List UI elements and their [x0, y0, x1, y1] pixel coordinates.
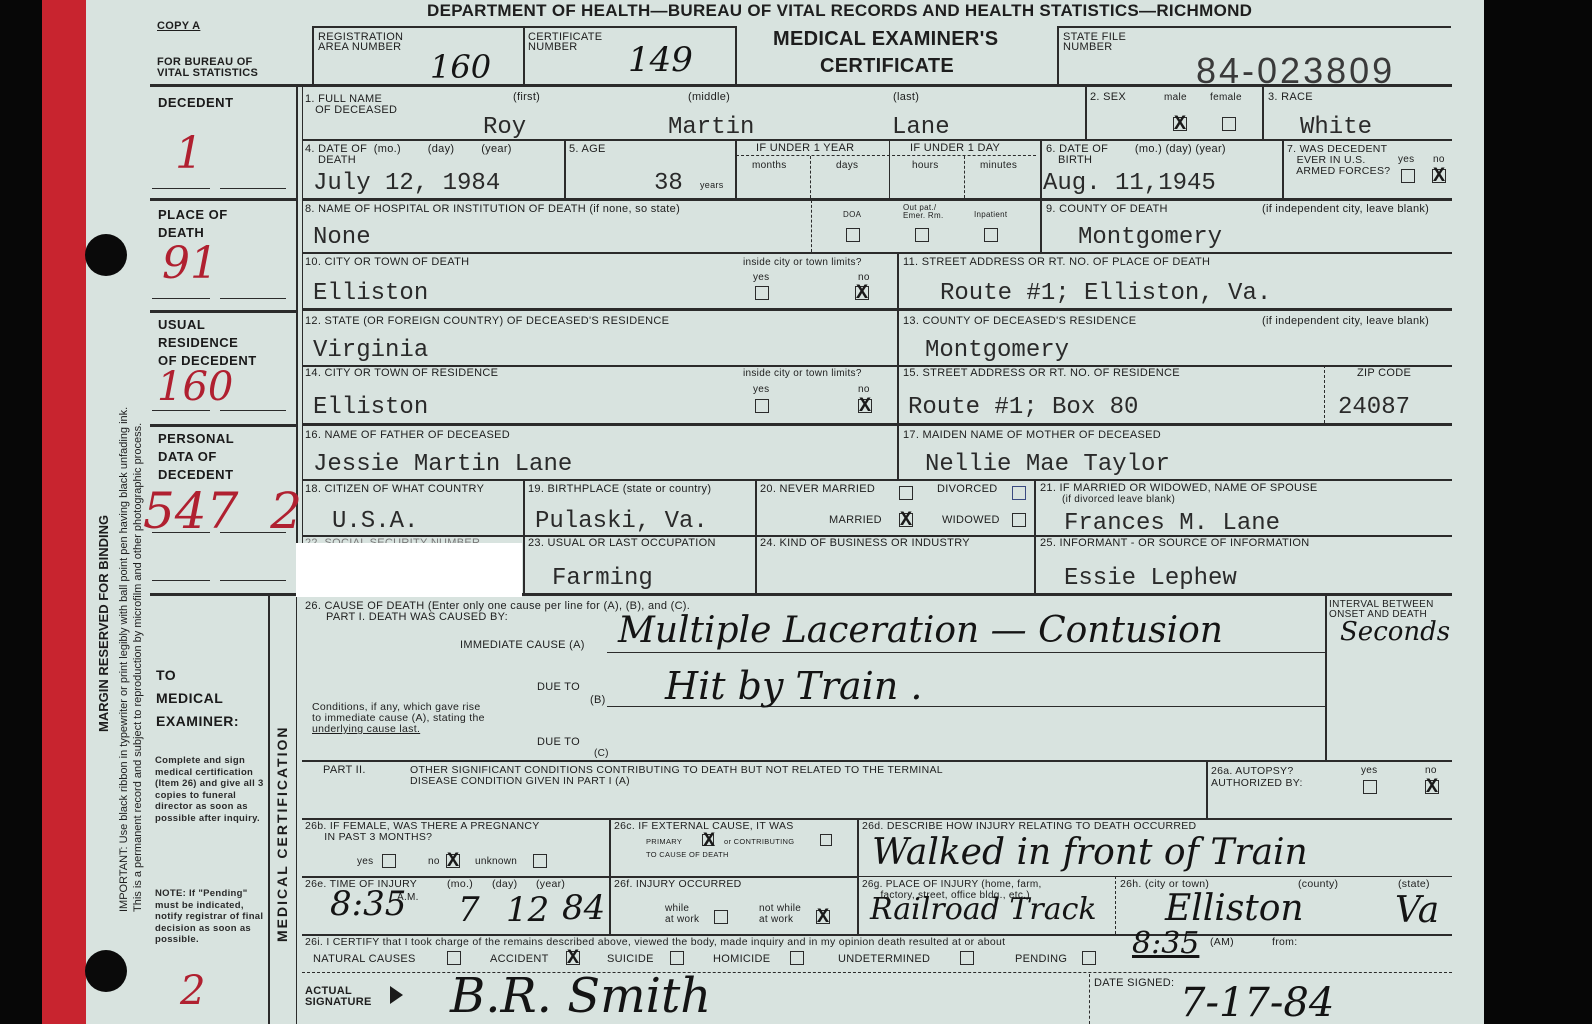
f26i-from-label: from:	[1272, 937, 1297, 948]
f14-no-checkbox[interactable]	[858, 399, 872, 413]
f26i-option-accident: ACCIDENT	[490, 954, 549, 965]
section-place-of-death: PLACE OF DEATH	[158, 206, 228, 242]
f26c-primary-label: PRIMARY	[646, 836, 682, 847]
f26-due-to-b-label: DUE TO	[537, 682, 580, 693]
f26-b-label: (B)	[590, 695, 606, 706]
divider	[857, 876, 1452, 877]
f26d-description-value[interactable]: Walked in front of Train	[872, 832, 1308, 873]
f26-part2-text: OTHER SIGNIFICANT CONDITIONS CONTRIBUTIN…	[410, 765, 943, 787]
f11-address-value[interactable]: Route #1; Elliston, Va.	[940, 280, 1271, 307]
divider	[220, 532, 286, 533]
f24-label: 24. KIND OF BUSINESS OR INDUSTRY	[760, 538, 970, 549]
f19-birthplace-value[interactable]: Pulaski, Va.	[535, 508, 708, 535]
divider	[609, 818, 611, 876]
f26i-option-undetermined: UNDETERMINED	[838, 954, 930, 965]
f26-immediate-cause-value[interactable]: Multiple Laceration — Contusion	[618, 610, 1223, 651]
section-personal-data: PERSONAL DATA OF DECEDENT	[158, 430, 234, 484]
divider	[1324, 365, 1325, 423]
ssn-redaction	[296, 543, 522, 597]
scan-background-right	[1484, 0, 1592, 1024]
f20-married-label: MARRIED	[829, 515, 882, 526]
f8-outpat-checkbox[interactable]	[915, 228, 929, 242]
f26b-no-checkbox[interactable]	[446, 854, 460, 868]
f26c-contributing-label: or CONTRIBUTING	[724, 836, 794, 847]
f26f-label: 26f. INJURY OCCURRED	[614, 879, 742, 890]
medical-examiner-instructions: Complete and sign medical certification …	[155, 755, 267, 824]
f26i-ampm-label: (AM)	[1210, 937, 1234, 948]
f26-conditions-note: Conditions, if any, which gave rise to i…	[312, 702, 485, 724]
f26-part1-label: PART I. DEATH WAS CAUSED BY:	[326, 612, 508, 623]
f9-county-value[interactable]: Montgomery	[1078, 224, 1222, 251]
divider	[296, 596, 297, 1024]
under1day-label: IF UNDER 1 DAY	[910, 143, 1000, 154]
section-usual-residence: USUAL RESIDENCE OF DECEDENT	[158, 316, 257, 370]
f1-first-label: (first)	[513, 92, 540, 103]
f5-unit: years	[700, 180, 724, 191]
registration-area-value: 160	[430, 48, 491, 86]
f9-label: 9. COUNTY OF DEATH	[1046, 204, 1168, 215]
f26b-yes-label: yes	[357, 856, 373, 867]
f7-no-label: no	[1433, 154, 1445, 165]
department-title: DEPARTMENT OF HEALTH—BUREAU OF VITAL REC…	[427, 2, 1252, 20]
registration-area-label: REGISTRATION AREA NUMBER	[318, 32, 403, 52]
f13-county-value[interactable]: Montgomery	[925, 337, 1069, 364]
f18-citizen-value[interactable]: U.S.A.	[332, 508, 418, 535]
f1-first-name[interactable]: Roy	[483, 114, 526, 141]
f26i-certify-text: 26i. I CERTIFY that I took charge of the…	[305, 937, 1005, 948]
f21-label: 21. IF MARRIED OR WIDOWED, NAME OF SPOUS…	[1040, 483, 1318, 494]
f26c-primary-checkbox[interactable]	[702, 834, 714, 846]
f8-hospital-value[interactable]: None	[313, 224, 371, 251]
divider	[736, 155, 1036, 156]
f26a-label: 26a. AUTOPSY? AUTHORIZED BY:	[1211, 765, 1303, 789]
f26i-homicide-checkbox[interactable]	[790, 951, 804, 965]
divider	[1057, 26, 1059, 84]
divider	[302, 139, 1452, 141]
f26f-not-while-checkbox[interactable]	[816, 910, 830, 924]
f1-label: 1. FULL NAME OF DECEASED	[305, 94, 397, 116]
section-medical-code: 2	[180, 968, 205, 1014]
f16-father-value[interactable]: Jessie Martin Lane	[313, 451, 572, 478]
f3-race-value[interactable]: White	[1300, 114, 1372, 141]
divider	[889, 140, 890, 198]
f7-yes-label: yes	[1398, 154, 1414, 165]
f1-last-label: (last)	[893, 92, 919, 103]
f26i-option-homicide: HOMICIDE	[713, 954, 770, 965]
divider	[302, 479, 1452, 481]
date-signed-label: DATE SIGNED:	[1094, 978, 1174, 989]
f26i-undetermined-checkbox[interactable]	[960, 951, 974, 965]
f10-yes-label: yes	[753, 272, 769, 283]
f25-label: 25. INFORMANT - OR SOURCE OF INFORMATION	[1040, 538, 1310, 549]
margin-important-line1: IMPORTANT: Use black ribbon in typewrite…	[118, 407, 130, 912]
f5-age-value[interactable]: 38	[654, 170, 683, 197]
divider	[220, 188, 286, 189]
f17-mother-value[interactable]: Nellie Mae Taylor	[925, 451, 1170, 478]
section-decedent: DECEDENT	[158, 94, 234, 112]
f2-female-label: female	[1210, 92, 1242, 103]
f26e-year-value[interactable]: 84	[562, 888, 605, 928]
f26b-yes-checkbox[interactable]	[382, 854, 396, 868]
f20-divorced-label: DIVORCED	[937, 484, 997, 495]
f2-female-checkbox[interactable]	[1222, 117, 1236, 131]
f18-label: 18. CITIZEN OF WHAT COUNTRY	[305, 484, 484, 495]
f1-middle-name[interactable]: Martin	[668, 114, 754, 141]
f10-city-value[interactable]: Elliston	[313, 280, 428, 307]
f9-note: (if independent city, leave blank)	[1262, 204, 1429, 215]
f17-label: 17. MAIDEN NAME OF MOTHER OF DECEASED	[903, 430, 1161, 441]
f26-c-label: (C)	[594, 748, 609, 759]
divider	[150, 424, 296, 427]
f2-label: 2. SEX	[1090, 92, 1126, 103]
f10-yes-checkbox[interactable]	[755, 286, 769, 300]
f26i-time-value[interactable]: 8:35	[1132, 926, 1199, 961]
f26e-mo-value[interactable]: 7	[458, 890, 480, 930]
f26a-no-checkbox[interactable]	[1425, 780, 1439, 794]
divider	[1282, 140, 1284, 198]
medical-certification-label: MEDICAL CERTIFICATION	[274, 726, 290, 942]
f26-immediate-label: IMMEDIATE CAUSE (A)	[460, 640, 585, 651]
f8-inpatient-label: Inpatient	[974, 209, 1007, 220]
f2-male-checkbox[interactable]	[1173, 117, 1187, 131]
f10-no-checkbox[interactable]	[855, 286, 869, 300]
f26h-city-value[interactable]: Elliston	[1165, 888, 1304, 929]
margin-binding-note: MARGIN RESERVED FOR BINDING	[96, 515, 111, 732]
divider	[302, 760, 1452, 762]
f19-label: 19. BIRTHPLACE (state or country)	[528, 484, 711, 495]
f26c-to-cause-label: TO CAUSE OF DEATH	[646, 849, 729, 860]
f14-yes-checkbox[interactable]	[755, 399, 769, 413]
section-usual-residence-code: 160	[157, 364, 233, 410]
divider	[523, 26, 525, 84]
divider	[302, 423, 1452, 426]
f26h-state-label: (state)	[1398, 879, 1430, 890]
f13-note: (if independent city, leave blank)	[1262, 316, 1429, 327]
f26a-no-label: no	[1425, 765, 1437, 776]
f26-due-to-c-label: DUE TO	[537, 737, 580, 748]
divider	[312, 26, 314, 84]
f26e-ampm-label: A.M.	[397, 892, 419, 903]
f26h-county-label: (county)	[1298, 879, 1338, 890]
f12-label: 12. STATE (OR FOREIGN COUNTRY) OF DECEAS…	[305, 316, 669, 327]
under1day-hours: hours	[912, 160, 939, 171]
pending-note: NOTE: If "Pending" must be indicated, no…	[155, 888, 267, 946]
f4-sub-label: DEATH	[318, 155, 356, 166]
f26h-state-value[interactable]: Va	[1395, 890, 1439, 931]
under1day-minutes: minutes	[980, 160, 1017, 171]
divider	[1325, 596, 1327, 760]
f14-no-label: no	[858, 384, 870, 395]
f26i-option-suicide: SUICIDE	[607, 954, 654, 965]
divider	[964, 156, 965, 198]
divider	[897, 365, 899, 423]
certificate-number-value: 149	[628, 40, 693, 80]
punch-hole-top	[85, 234, 127, 276]
f8-inpatient-checkbox[interactable]	[984, 228, 998, 242]
divider	[564, 140, 566, 198]
f14-label: 14. CITY OR TOWN OF RESIDENCE	[305, 368, 498, 379]
f6-date-of-birth[interactable]: Aug. 11,1945	[1043, 170, 1216, 197]
f26i-option-natural: NATURAL CAUSES	[313, 954, 416, 965]
f8-doa-checkbox[interactable]	[846, 228, 860, 242]
copy-label: COPY A	[157, 21, 200, 32]
f14-limits-label: inside city or town limits?	[743, 368, 862, 379]
f26e-day-value[interactable]: 12	[506, 890, 549, 930]
divider	[735, 140, 737, 198]
f26a-yes-checkbox[interactable]	[1363, 780, 1377, 794]
divider	[302, 252, 1452, 254]
f14-yes-label: yes	[753, 384, 769, 395]
f20-widowed-label: WIDOWED	[942, 515, 1000, 526]
certificate-title-line2: CERTIFICATE	[820, 55, 954, 77]
f7-label: 7. WAS DECEDENT EVER IN U.S. ARMED FORCE…	[1287, 144, 1390, 177]
f20-married-checkbox[interactable]	[899, 513, 913, 527]
divider	[152, 532, 210, 533]
date-signed-value[interactable]: 7-17-84	[1180, 980, 1334, 1024]
f23-occupation-value[interactable]: Farming	[552, 565, 653, 592]
divider	[609, 876, 611, 934]
divider	[220, 580, 286, 581]
f21-sub-label: (if divorced leave blank)	[1062, 494, 1175, 505]
certificate-title-line1: MEDICAL EXAMINER'S	[773, 28, 998, 50]
divider	[268, 596, 270, 1024]
divider	[302, 84, 303, 594]
divider	[150, 198, 296, 201]
f6-sub-label: BIRTH	[1058, 155, 1092, 166]
divider	[811, 200, 812, 252]
f26i-natural-checkbox[interactable]	[447, 951, 461, 965]
f7-no-checkbox[interactable]	[1432, 169, 1446, 183]
divider	[152, 188, 210, 189]
signature-value[interactable]: B.R. Smith	[450, 968, 711, 1024]
f26-interval-value[interactable]: Seconds	[1340, 617, 1450, 647]
divider	[150, 310, 296, 313]
f26i-pending-checkbox[interactable]	[1082, 951, 1096, 965]
f15-zip-value[interactable]: 24087	[1338, 394, 1410, 421]
f20-never-married-checkbox[interactable]	[899, 486, 913, 500]
f26-part2-label: PART II.	[323, 765, 366, 776]
divider	[150, 84, 1452, 87]
f26f-while-label: while at work	[665, 904, 699, 925]
divider	[1206, 760, 1208, 818]
f5-label: 5. AGE	[569, 144, 606, 155]
section-decedent-code: 1	[175, 128, 203, 179]
f1-last-name[interactable]: Lane	[892, 114, 950, 141]
section-to-medical-examiner: TO MEDICAL EXAMINER:	[156, 664, 239, 733]
f23-label: 23. USUAL OR LAST OCCUPATION	[528, 538, 716, 549]
f21-spouse-value[interactable]: Frances M. Lane	[1064, 510, 1280, 537]
divider	[897, 252, 899, 308]
f26c-contributing-checkbox[interactable]	[820, 834, 832, 846]
f15-address-value[interactable]: Route #1; Box 80	[908, 394, 1138, 421]
f2-male-label: male	[1164, 92, 1187, 103]
divider	[1089, 974, 1090, 1024]
divider	[897, 310, 899, 366]
f13-label: 13. COUNTY OF DECEASED'S RESIDENCE	[903, 316, 1136, 327]
divider	[152, 410, 210, 411]
f26b-label: 26b. IF FEMALE, WAS THERE A PREGNANCY IN…	[305, 821, 540, 843]
f12-state-value[interactable]: Virginia	[313, 337, 428, 364]
f26d-label: 26d. DESCRIBE HOW INJURY RELATING TO DEA…	[862, 821, 1196, 832]
f10-label: 10. CITY OR TOWN OF DEATH	[305, 257, 469, 268]
f26i-option-pending: PENDING	[1015, 954, 1067, 965]
signature-arrow-icon	[390, 986, 403, 1004]
f26a-yes-label: yes	[1361, 765, 1377, 776]
divider	[607, 652, 1325, 653]
divider	[1057, 26, 1451, 28]
divider	[1040, 200, 1042, 252]
f26f-not-while-label: not while at work	[759, 904, 801, 925]
f26-b-value[interactable]: Hit by Train .	[665, 664, 922, 708]
divider	[1040, 140, 1042, 198]
divider	[220, 298, 286, 299]
f4-date-of-death[interactable]: July 12, 1984	[313, 170, 500, 197]
f8-outpat-label: Out pat./ Emer. Rm.	[903, 204, 943, 220]
f25-informant-value[interactable]: Essie Lephew	[1064, 565, 1237, 592]
divider	[152, 298, 210, 299]
f8-label: 8. NAME OF HOSPITAL OR INSTITUTION OF DE…	[305, 204, 680, 215]
signature-label: ACTUAL SIGNATURE	[305, 986, 372, 1008]
under1year-label: IF UNDER 1 YEAR	[756, 143, 854, 154]
bureau-label: FOR BUREAU OF VITAL STATISTICS	[157, 57, 258, 79]
f16-label: 16. NAME OF FATHER OF DECEASED	[305, 430, 510, 441]
f7-yes-checkbox[interactable]	[1401, 169, 1415, 183]
under1year-months: months	[752, 160, 787, 171]
f14-city-value[interactable]: Elliston	[313, 394, 428, 421]
f20-widowed-checkbox[interactable]	[1012, 513, 1026, 527]
f26i-accident-checkbox[interactable]	[566, 951, 580, 965]
f26e-time-value[interactable]: 8:35	[330, 884, 406, 924]
punch-hole-bottom	[85, 950, 127, 992]
f11-label: 11. STREET ADDRESS OR RT. NO. OF PLACE O…	[903, 257, 1210, 268]
divider	[1085, 86, 1087, 140]
divider	[302, 308, 1452, 311]
state-file-label: STATE FILE NUMBER	[1063, 32, 1126, 52]
f15-label: 15. STREET ADDRESS OR RT. NO. OF RESIDEN…	[903, 368, 1180, 379]
f8-doa-label: DOA	[843, 209, 861, 220]
f26g-place-value[interactable]: Railroad Track	[870, 892, 1097, 927]
f26f-while-checkbox[interactable]	[714, 910, 728, 924]
divider	[735, 26, 737, 84]
f20-divorced-checkbox[interactable]	[1012, 486, 1026, 500]
f15-zip-label: ZIP CODE	[1357, 368, 1411, 379]
f1-middle-label: (middle)	[688, 92, 730, 103]
f26-conditions-underline: underlying cause last.	[312, 724, 420, 735]
scan-background-left	[0, 0, 42, 1024]
divider	[1115, 876, 1116, 934]
f26e-mo-label: (mo.)	[447, 879, 473, 890]
f26b-unknown-label: unknown	[475, 856, 517, 867]
f20-never-married-label: 20. NEVER MARRIED	[760, 484, 875, 495]
section-place-of-death-code: 91	[162, 238, 218, 289]
certificate-number-label: CERTIFICATE NUMBER	[528, 32, 602, 52]
divider	[152, 580, 210, 581]
f3-label: 3. RACE	[1268, 92, 1313, 103]
f26i-suicide-checkbox[interactable]	[670, 951, 684, 965]
f26e-year-label: (year)	[536, 879, 565, 890]
under1year-days: days	[836, 160, 858, 171]
divider	[1262, 86, 1264, 140]
red-binding-strip	[42, 0, 86, 1024]
divider	[897, 425, 899, 479]
f26e-day-label: (day)	[492, 879, 517, 890]
f26b-no-label: no	[428, 856, 440, 867]
divider	[302, 198, 1452, 201]
f26b-unknown-checkbox[interactable]	[533, 854, 547, 868]
divider	[810, 156, 811, 198]
f10-limits-label: inside city or town limits?	[743, 257, 862, 268]
divider	[220, 410, 286, 411]
